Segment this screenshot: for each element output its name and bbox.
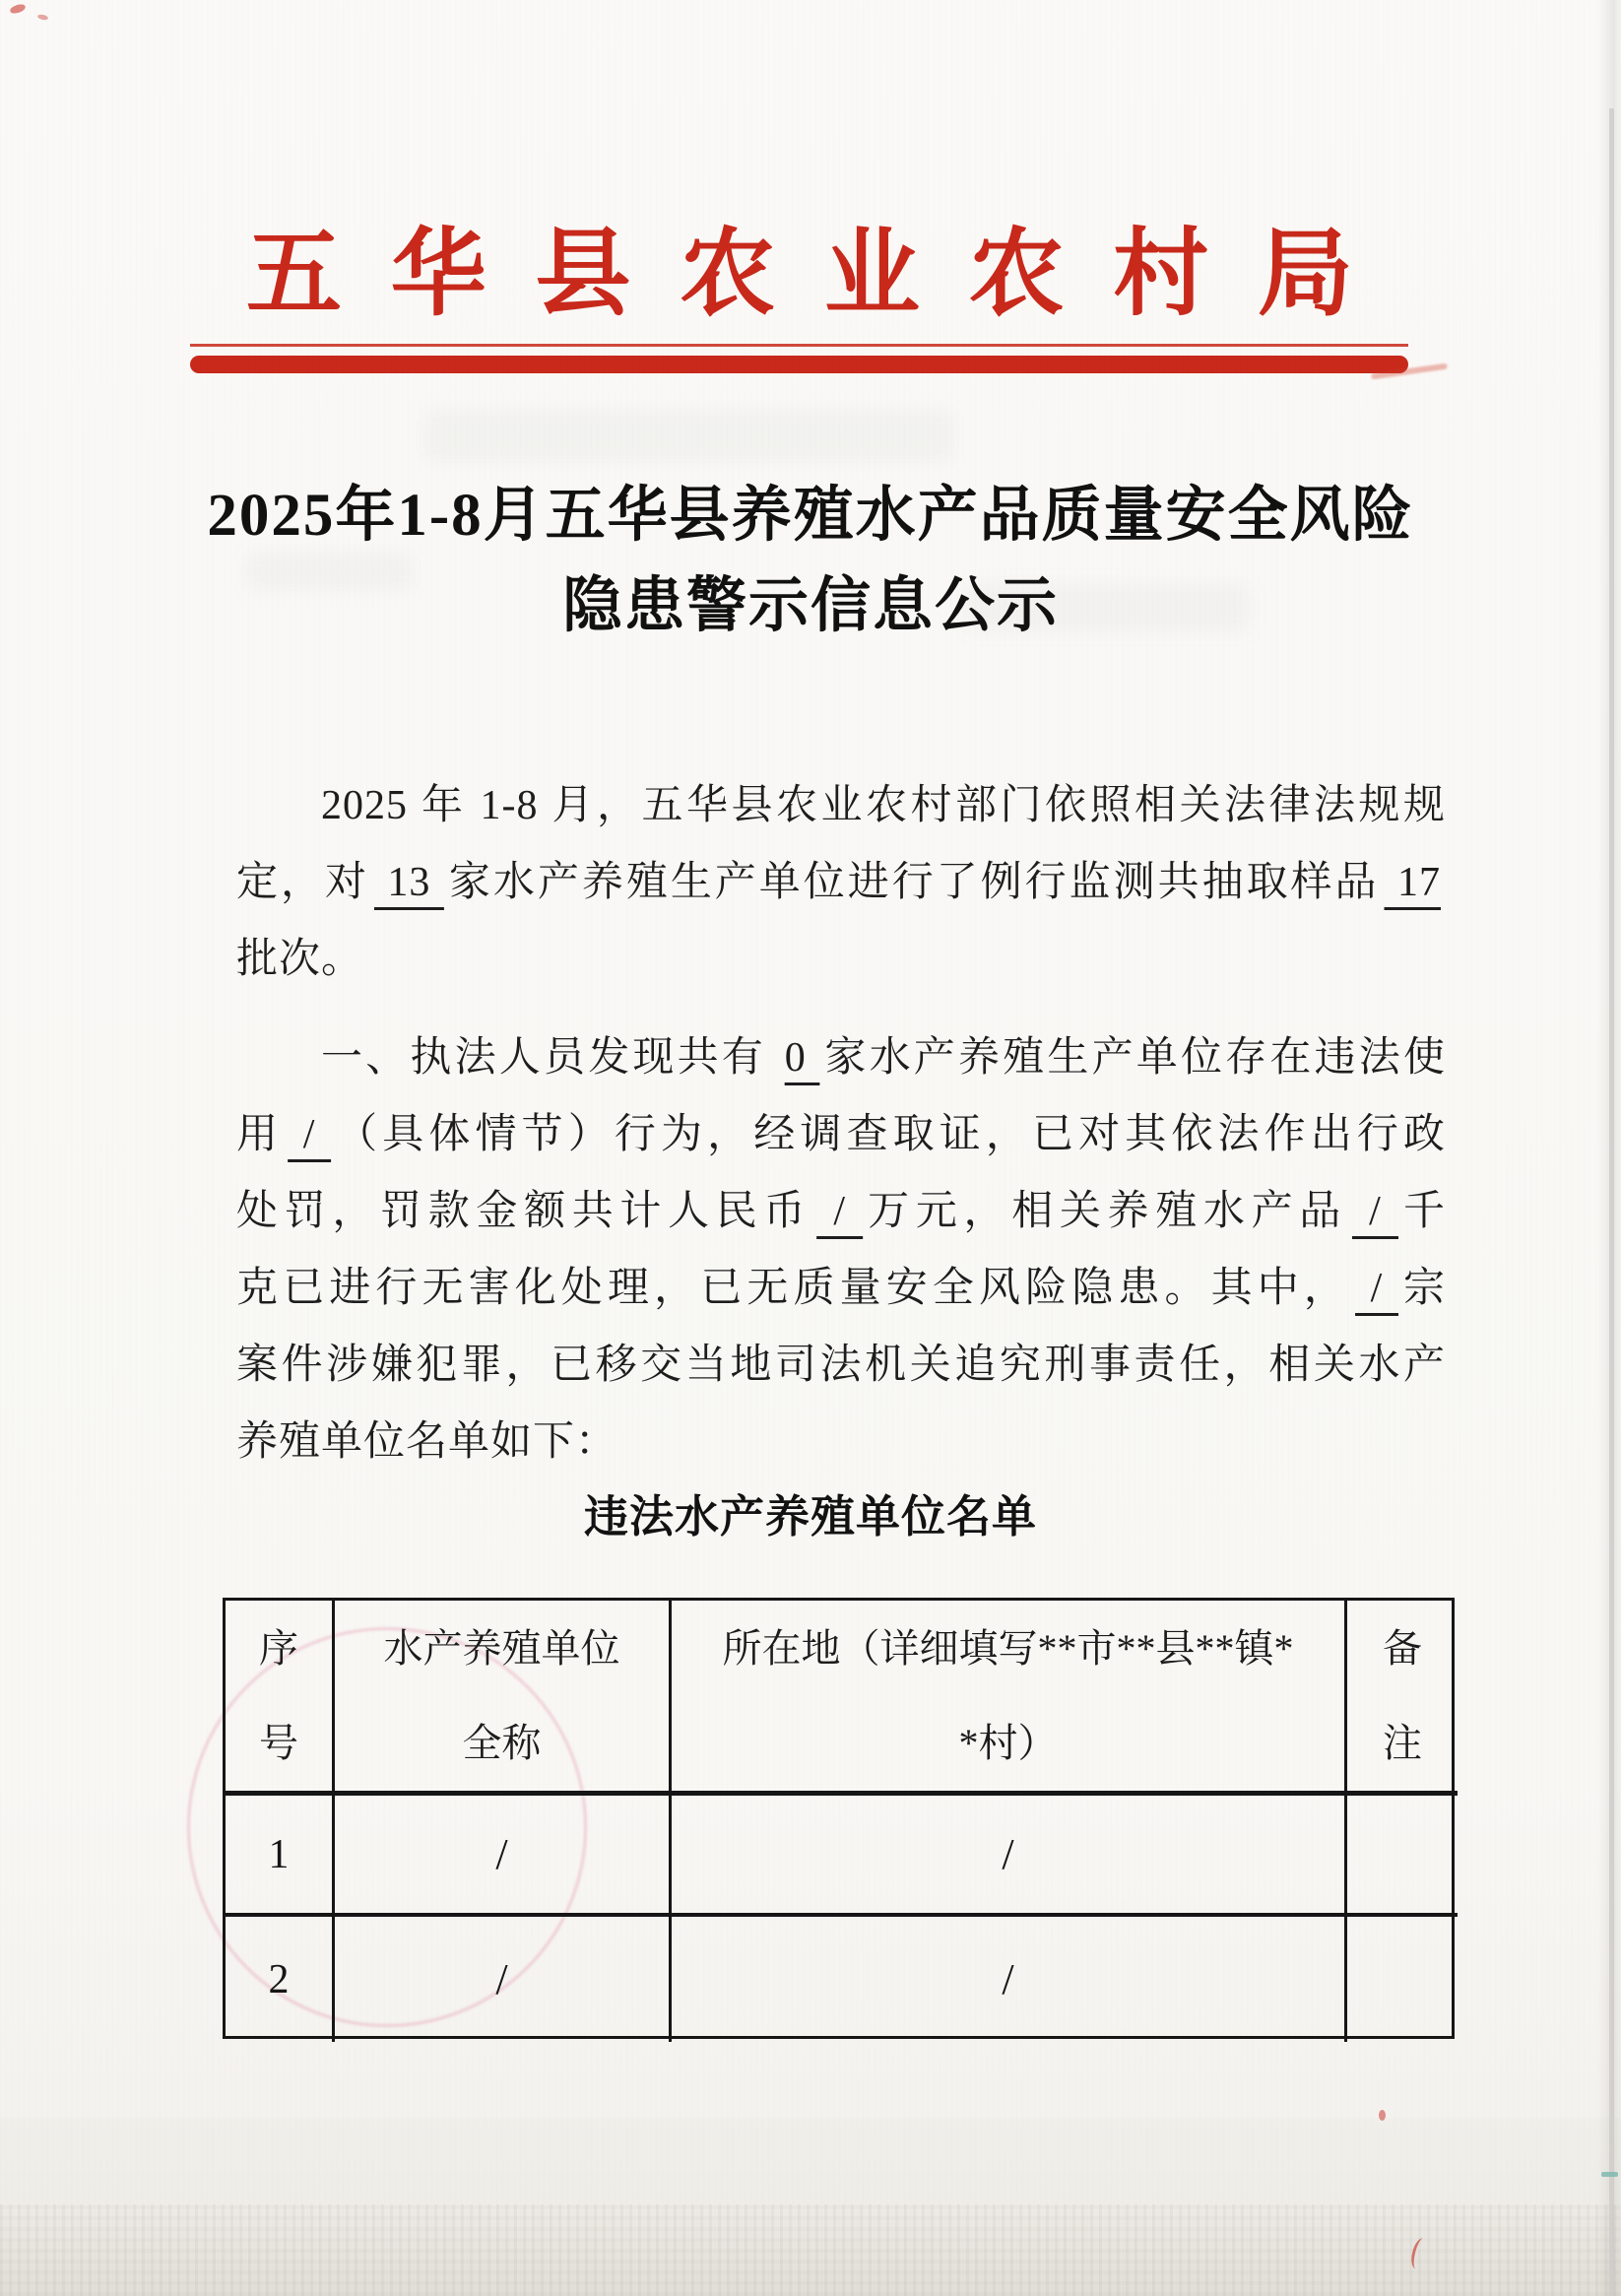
- filled-blank-value: /: [283, 1112, 336, 1157]
- filled-blank-value: /: [1347, 1189, 1403, 1234]
- scan-edge-line: [1609, 108, 1614, 2296]
- body-text-segment: （具体情节）行为，经调查取证，已对其依法作出行政: [336, 1112, 1446, 1157]
- body-line: 用 / （具体情节）行为，经调查取证，已对其依法作出行政: [236, 1095, 1446, 1174]
- body-text-segment: 案件涉嫌犯罪，已移交当地司法机关追究刑事责任，相关水产: [236, 1343, 1446, 1388]
- body-text-segment: 2025 年 1-8 月，五华县农业农村部门依照相关法律法规规: [321, 783, 1446, 828]
- filled-blank-value: /: [1350, 1266, 1403, 1311]
- red-ink-speck: [37, 14, 49, 21]
- table-title: 违法水产养殖单位名单: [0, 1489, 1621, 1544]
- body-text-segment: 定，对: [236, 860, 369, 905]
- table-row1-remarks: [1347, 1796, 1458, 1917]
- body-line: 养殖单位名单如下：: [236, 1403, 1446, 1481]
- body-text-segment: 一、执法人员发现共有: [321, 1035, 780, 1081]
- filled-blank-value: 17: [1380, 860, 1446, 905]
- body-text-segment: 处罚，罚款金额共计人民币: [236, 1189, 811, 1234]
- scan-smudge: [423, 409, 955, 463]
- body-line: 克已进行无害化处理，已无质量安全风险隐患。其中， / 宗: [236, 1249, 1446, 1328]
- body-text-segment: 万元，相关养殖水产品: [868, 1189, 1347, 1234]
- paper-texture-band: [0, 2118, 1621, 2204]
- table-row1-location: /: [672, 1796, 1347, 1917]
- body-text-segment: 用: [236, 1112, 283, 1157]
- table-row2-unit-name: /: [335, 1917, 672, 2042]
- table-header-seq: 序 号: [226, 1601, 335, 1796]
- letterhead-char: 局: [1258, 227, 1353, 322]
- red-ink-speck: [9, 3, 27, 16]
- table-row2-remarks: [1347, 1917, 1458, 2042]
- body-text-segment: 批次。: [236, 937, 363, 982]
- doc-title-line2: 隐患警示信息公示: [98, 571, 1523, 642]
- letterhead-thick-rule: [190, 356, 1408, 373]
- body-text-segment: 克已进行无害化处理，已无质量安全风险隐患。其中，: [236, 1266, 1350, 1311]
- body-line: 案件涉嫌犯罪，已移交当地司法机关追究刑事责任，相关水产: [236, 1326, 1446, 1405]
- body-text-segment: 宗: [1403, 1266, 1446, 1311]
- letterhead-char: 业: [824, 227, 920, 322]
- red-ink-speck: [1379, 2110, 1386, 2121]
- body-line: 批次。: [236, 920, 1446, 999]
- body-text-segment: 千: [1403, 1189, 1446, 1234]
- body-text-segment: 家水产养殖生产单位进行了例行监测共抽取样品: [449, 860, 1380, 905]
- table-row2-seq: 2: [226, 1917, 335, 2042]
- paper-texture-band: [0, 2204, 1621, 2296]
- filled-blank-value: 13: [369, 860, 449, 905]
- scan-teal-mark: [1601, 2172, 1618, 2177]
- filled-blank-value: /: [811, 1189, 868, 1234]
- violation-units-table: 序 号 水产养殖单位 全称 所在地（详细填写**市**县**镇* *村） 备 注…: [223, 1598, 1455, 2039]
- table-row1-seq: 1: [226, 1796, 335, 1917]
- body-text-segment: 养殖单位名单如下：: [236, 1419, 617, 1465]
- letterhead-char: 华: [391, 227, 486, 322]
- body-line: 处罚，罚款金额共计人民币 / 万元，相关养殖水产品 / 千: [236, 1172, 1446, 1251]
- letterhead-thin-rule: [190, 344, 1408, 347]
- table-header-remarks: 备 注: [1347, 1601, 1458, 1796]
- letterhead-char: 五: [246, 227, 342, 322]
- letterhead-org-name: 五华县农业农村局: [246, 223, 1353, 325]
- letterhead-char: 农: [969, 227, 1065, 322]
- body-line: 定，对 13 家水产养殖生产单位进行了例行监测共抽取样品 17: [236, 843, 1446, 922]
- doc-title-line1: 2025年1-8月五华县养殖水产品质量安全风险: [98, 481, 1523, 552]
- table-header-unit-name: 水产养殖单位 全称: [335, 1601, 672, 1796]
- filled-blank-value: 0: [780, 1035, 825, 1081]
- table-row2-location: /: [672, 1917, 1347, 2042]
- letterhead-char: 县: [535, 227, 630, 322]
- body-line: 一、执法人员发现共有 0 家水产养殖生产单位存在违法使: [236, 1018, 1446, 1097]
- table-row1-unit-name: /: [335, 1796, 672, 1917]
- table-header-location: 所在地（详细填写**市**县**镇* *村）: [672, 1601, 1347, 1796]
- body-text-segment: 家水产养殖生产单位存在违法使: [824, 1035, 1446, 1081]
- letterhead-char: 农: [680, 227, 775, 322]
- scanned-document-page: 五华县农业农村局 2025年1-8月五华县养殖水产品质量安全风险 隐患警示信息公…: [0, 0, 1621, 2296]
- body-line: 2025 年 1-8 月，五华县农业农村部门依照相关法律法规规: [236, 766, 1446, 845]
- letterhead-char: 村: [1113, 227, 1208, 322]
